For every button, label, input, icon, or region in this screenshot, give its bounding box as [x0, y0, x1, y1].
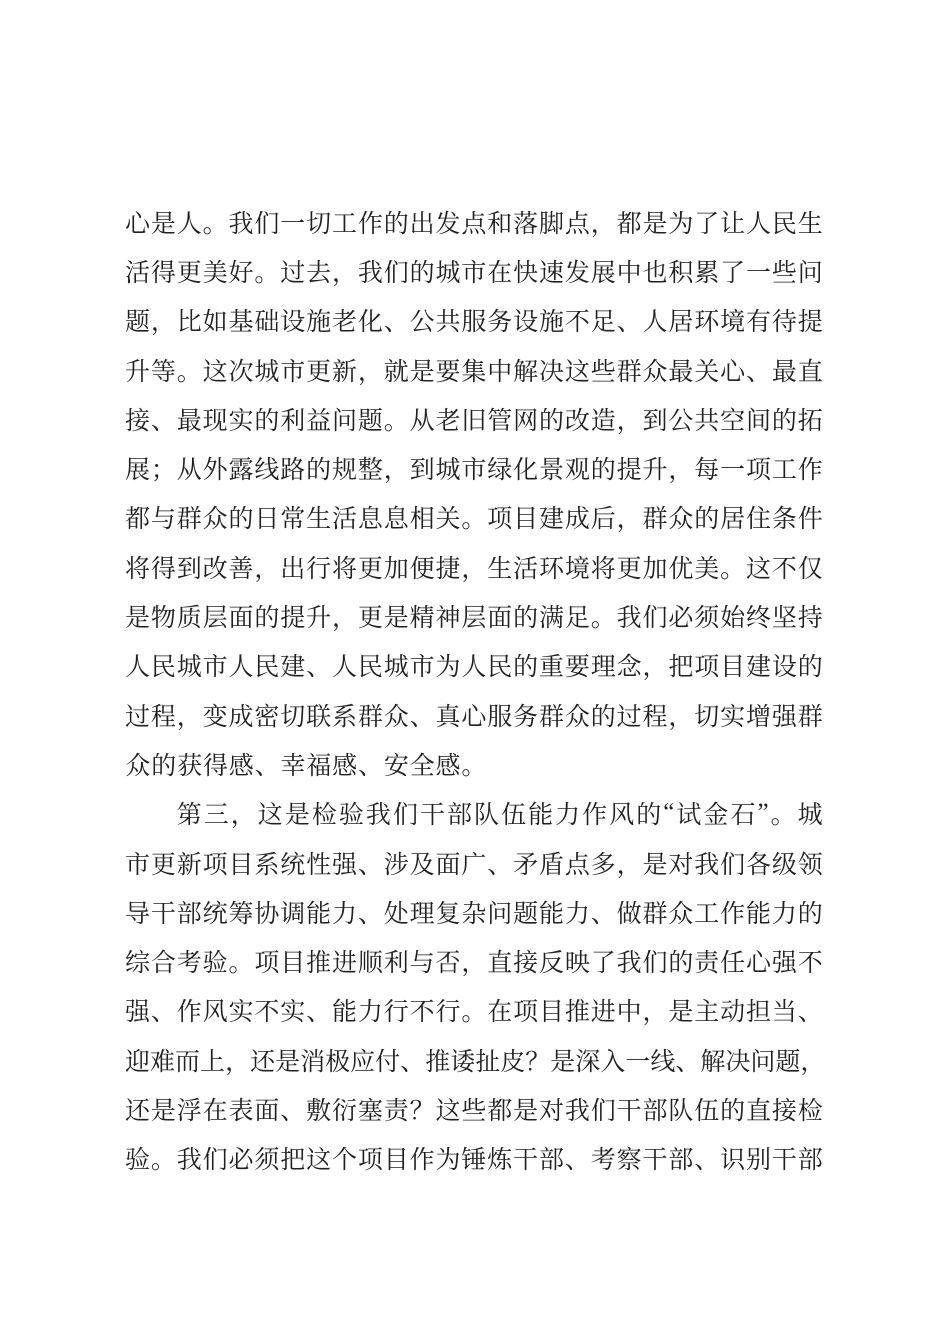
- glyph: ，: [151, 302, 176, 338]
- glyph: 更: [358, 549, 383, 585]
- glyph: 强: [772, 697, 797, 733]
- glyph: 、: [675, 1042, 700, 1078]
- glyph: 些: [772, 253, 797, 289]
- glyph: 入: [600, 1042, 625, 1078]
- glyph: 城: [798, 795, 823, 831]
- glyph: 、: [358, 845, 383, 881]
- glyph: 的: [229, 499, 254, 535]
- glyph: 是: [550, 1042, 575, 1078]
- glyph: 息: [384, 499, 409, 535]
- glyph: 作: [582, 795, 607, 831]
- glyph: 人: [177, 204, 202, 240]
- glyph: 难: [150, 1042, 175, 1078]
- text-line: 验。我们必须把这个项目作为锤炼干部、考察干部、识别干部: [125, 1134, 823, 1183]
- glyph: 统: [203, 894, 228, 930]
- glyph: 金: [703, 795, 728, 831]
- glyph: ，: [800, 1042, 825, 1078]
- glyph: 好: [229, 253, 254, 289]
- glyph: 、: [400, 1042, 425, 1078]
- text-line: 综合考验。项目推进顺利与否，直接反映了我们的责任心强不: [125, 936, 823, 985]
- glyph: 。: [720, 549, 745, 585]
- glyph: 责: [694, 943, 719, 979]
- glyph: 能: [528, 795, 553, 831]
- glyph: 中: [617, 253, 642, 289]
- glyph: 扯: [475, 1042, 500, 1078]
- glyph: 否: [436, 943, 461, 979]
- glyph: 做: [617, 894, 642, 930]
- glyph: 线: [254, 450, 279, 486]
- glyph: 的: [539, 401, 564, 437]
- glyph: 是: [151, 1091, 176, 1127]
- glyph: 系: [332, 697, 357, 733]
- glyph: 造: [591, 401, 616, 437]
- glyph: 发: [436, 204, 461, 240]
- glyph: 新: [177, 845, 202, 881]
- document-page: 心是人。我们一切工作的出发点和落脚点，都是为了让人民生活得更美好。过去，我们的城…: [0, 0, 950, 1344]
- document-body-text: 心是人。我们一切工作的出发点和落脚点，都是为了让人民生活得更美好。过去，我们的城…: [125, 197, 823, 1183]
- glyph: 不: [772, 549, 797, 585]
- glyph: 这: [565, 352, 590, 388]
- glyph: 优: [668, 549, 693, 585]
- text-line: 活得更美好。过去，我们的城市在快速发展中也积累了一些问: [125, 246, 823, 295]
- glyph: 展: [125, 450, 150, 486]
- glyph: 从: [410, 401, 435, 437]
- glyph: 题: [513, 894, 538, 930]
- glyph: 行: [436, 992, 461, 1028]
- glyph: 网: [513, 401, 538, 437]
- glyph: ，: [617, 845, 642, 881]
- glyph: 目: [229, 845, 254, 881]
- glyph: 而: [175, 1042, 200, 1078]
- glyph: 相: [410, 499, 435, 535]
- glyph: 关: [436, 499, 461, 535]
- glyph: 有: [746, 302, 771, 338]
- glyph: 建: [746, 647, 771, 683]
- glyph: 还: [250, 1042, 275, 1078]
- glyph: 应: [350, 1042, 375, 1078]
- glyph: 须: [694, 598, 719, 634]
- glyph: 生: [798, 204, 823, 240]
- glyph: 更: [151, 845, 176, 881]
- glyph: 干: [151, 894, 176, 930]
- glyph: 、: [306, 992, 331, 1028]
- glyph: 众: [384, 697, 409, 733]
- glyph: 联: [306, 697, 331, 733]
- glyph: 这: [436, 1091, 461, 1127]
- glyph: 的: [668, 943, 693, 979]
- glyph: 干: [513, 1140, 538, 1176]
- glyph: 升: [125, 352, 150, 388]
- glyph: 我: [229, 204, 254, 240]
- glyph: 。: [591, 598, 616, 634]
- glyph: 群: [358, 697, 383, 733]
- glyph: 众: [125, 746, 151, 782]
- glyph: 现: [203, 401, 228, 437]
- glyph: 持: [798, 598, 823, 634]
- glyph: 变: [203, 697, 228, 733]
- glyph: 第: [177, 795, 202, 831]
- glyph: 点: [461, 204, 486, 240]
- glyph: 次: [229, 352, 254, 388]
- glyph: 感: [332, 746, 358, 782]
- glyph: 、: [254, 746, 280, 782]
- glyph: 决: [539, 352, 564, 388]
- glyph: 改: [203, 549, 228, 585]
- glyph: 这: [306, 1140, 331, 1176]
- glyph: 复: [436, 894, 461, 930]
- glyph: 衍: [332, 1091, 357, 1127]
- glyph: 是: [668, 992, 693, 1028]
- glyph: 共: [694, 401, 719, 437]
- glyph: 验: [125, 1140, 150, 1176]
- glyph: 中: [617, 992, 642, 1028]
- glyph: 统: [280, 845, 305, 881]
- glyph: 将: [332, 549, 357, 585]
- glyph: ，: [643, 647, 668, 683]
- glyph: 民: [772, 204, 797, 240]
- glyph: 增: [746, 697, 771, 733]
- glyph: 线: [650, 1042, 675, 1078]
- glyph: 安: [383, 746, 409, 782]
- glyph: 能: [332, 992, 357, 1028]
- glyph: 人: [332, 647, 357, 683]
- glyph: 群: [177, 499, 202, 535]
- glyph: 每: [694, 450, 719, 486]
- glyph: 、: [410, 697, 435, 733]
- glyph: ，: [332, 598, 357, 634]
- glyph: 极: [325, 1042, 350, 1078]
- glyph: 城: [436, 253, 461, 289]
- glyph: 展: [591, 253, 616, 289]
- glyph: 常: [280, 499, 305, 535]
- glyph: 力: [565, 894, 590, 930]
- glyph: 推: [306, 943, 331, 979]
- glyph: 推: [425, 1042, 450, 1078]
- glyph: 群: [617, 352, 642, 388]
- glyph: 理: [591, 647, 616, 683]
- glyph: 民: [151, 647, 176, 683]
- glyph: 反: [539, 943, 564, 979]
- glyph: 些: [591, 352, 616, 388]
- glyph: ，: [668, 697, 693, 733]
- glyph: 的: [591, 697, 616, 733]
- glyph: 实: [229, 401, 254, 437]
- glyph: 中: [487, 352, 512, 388]
- glyph: 干: [772, 1140, 797, 1176]
- glyph: 问: [332, 401, 357, 437]
- glyph: 足: [591, 302, 616, 338]
- glyph: 在: [487, 253, 512, 289]
- glyph: ，: [461, 943, 486, 979]
- glyph: 题: [358, 401, 383, 437]
- glyph: 等: [151, 352, 176, 388]
- glyph: 性: [306, 845, 331, 881]
- glyph: 建: [280, 647, 305, 683]
- glyph: 涉: [384, 845, 409, 881]
- glyph: 盾: [539, 845, 564, 881]
- glyph: 、: [617, 302, 642, 338]
- glyph: 的: [636, 795, 661, 831]
- glyph: 最: [177, 401, 202, 437]
- glyph: 不: [254, 992, 279, 1028]
- glyph: 整: [358, 450, 383, 486]
- glyph: 的: [410, 253, 435, 289]
- text-line: 接、最现实的利益问题。从老旧管网的改造，到公共空间的拓: [125, 394, 823, 443]
- glyph: 锤: [461, 1140, 486, 1176]
- glyph: 消: [300, 1042, 325, 1078]
- glyph: 还: [125, 1091, 150, 1127]
- glyph: 提: [798, 302, 823, 338]
- glyph: 迎: [125, 1042, 150, 1078]
- glyph: “: [663, 799, 674, 827]
- glyph: 力: [332, 894, 357, 930]
- glyph: 得: [203, 746, 229, 782]
- glyph: 力: [772, 894, 797, 930]
- glyph: 塞: [358, 1091, 383, 1127]
- glyph: 、: [694, 1140, 719, 1176]
- glyph: 是: [285, 795, 310, 831]
- glyph: 城: [254, 352, 279, 388]
- glyph: 化: [358, 302, 383, 338]
- glyph: 。: [384, 401, 409, 437]
- glyph: 是: [151, 204, 176, 240]
- text-line: 还是浮在表面、敷衍塞责？这些都是对我们干部队伍的直接检: [125, 1084, 823, 1133]
- glyph: 把: [280, 1140, 305, 1176]
- glyph: 众: [565, 697, 590, 733]
- glyph: 映: [565, 943, 590, 979]
- glyph: 到: [177, 549, 202, 585]
- glyph: 切: [280, 697, 305, 733]
- glyph: 为: [436, 1140, 461, 1176]
- glyph: 切: [694, 697, 719, 733]
- glyph: 调: [280, 894, 305, 930]
- glyph: 我: [177, 1140, 202, 1176]
- glyph: 出: [410, 204, 435, 240]
- glyph: 居: [720, 499, 745, 535]
- glyph: 景: [539, 450, 564, 486]
- glyph: 生: [487, 549, 512, 585]
- glyph: 幸: [280, 746, 306, 782]
- text-line: 题，比如基础设施老化、公共服务设施不足、人居环境有待提: [125, 296, 823, 345]
- glyph: 得: [151, 549, 176, 585]
- glyph: 推: [565, 992, 590, 1028]
- glyph: 能: [306, 894, 331, 930]
- glyph: 考: [591, 1140, 616, 1176]
- glyph: 善: [229, 549, 254, 585]
- glyph: 在: [203, 1091, 228, 1127]
- glyph: 项: [694, 647, 719, 683]
- glyph: 项: [203, 845, 228, 881]
- text-line: 都与群众的日常生活息息相关。项目建成后，群众的居住条件: [125, 493, 823, 542]
- glyph: 脚: [539, 204, 564, 240]
- glyph: 群: [798, 697, 823, 733]
- glyph: 这: [203, 352, 228, 388]
- glyph: 解: [513, 352, 538, 388]
- glyph: 诿: [450, 1042, 475, 1078]
- glyph: 老: [332, 302, 357, 338]
- glyph: 、: [151, 401, 176, 437]
- glyph: 与: [410, 943, 435, 979]
- glyph: 更: [358, 598, 383, 634]
- glyph: ，: [332, 253, 357, 289]
- glyph: 提: [280, 598, 305, 634]
- glyph: 程: [643, 697, 668, 733]
- glyph: 、: [151, 992, 176, 1028]
- glyph: 接: [772, 1091, 797, 1127]
- glyph: 们: [643, 943, 668, 979]
- glyph: 观: [565, 450, 590, 486]
- glyph: 强: [772, 943, 797, 979]
- glyph: 面: [229, 598, 254, 634]
- glyph: 众: [668, 894, 693, 930]
- glyph: 个: [332, 1140, 357, 1176]
- glyph: 接: [513, 943, 538, 979]
- glyph: 三: [204, 795, 229, 831]
- glyph: 工: [694, 894, 719, 930]
- glyph: 工: [332, 204, 357, 240]
- glyph: 切: [306, 204, 331, 240]
- glyph: 、: [280, 1091, 305, 1127]
- glyph: 美: [694, 549, 719, 585]
- glyph: 表: [229, 1091, 254, 1127]
- glyph: 民: [358, 647, 383, 683]
- glyph: 为: [436, 647, 461, 683]
- glyph: ？: [410, 1091, 435, 1127]
- glyph: 伍: [501, 795, 526, 831]
- glyph: 关: [694, 352, 719, 388]
- glyph: 题: [775, 1042, 800, 1078]
- glyph: 们: [643, 598, 668, 634]
- glyph: 将: [591, 549, 616, 585]
- glyph: 项: [254, 943, 279, 979]
- glyph: 神: [436, 598, 461, 634]
- glyph: 的: [798, 894, 823, 930]
- glyph: 的: [254, 598, 279, 634]
- glyph: 部: [447, 795, 472, 831]
- glyph: 要: [565, 647, 590, 683]
- glyph: ，: [617, 401, 642, 437]
- glyph: 考: [177, 943, 202, 979]
- glyph: 任: [720, 943, 745, 979]
- glyph: 质: [177, 598, 202, 634]
- glyph: 路: [280, 450, 305, 486]
- glyph: 市: [461, 450, 486, 486]
- glyph: 人: [461, 647, 486, 683]
- glyph: 人: [125, 647, 150, 683]
- glyph: 必: [668, 598, 693, 634]
- glyph: 题: [125, 302, 150, 338]
- glyph: 目: [539, 992, 564, 1028]
- glyph: 目: [720, 647, 745, 683]
- glyph: 管: [487, 401, 512, 437]
- glyph: 获: [177, 746, 203, 782]
- glyph: 新: [332, 352, 357, 388]
- glyph: 项: [746, 450, 771, 486]
- glyph: 程: [151, 697, 176, 733]
- glyph: 。: [229, 943, 254, 979]
- glyph: 担: [746, 992, 771, 1028]
- glyph: 市: [125, 845, 150, 881]
- glyph: 加: [384, 549, 409, 585]
- glyph: 队: [474, 795, 499, 831]
- glyph: 建: [539, 499, 564, 535]
- glyph: 的: [254, 401, 279, 437]
- glyph: 。: [461, 499, 486, 535]
- glyph: 我: [617, 598, 642, 634]
- glyph: 成: [229, 697, 254, 733]
- glyph: 成: [565, 499, 590, 535]
- glyph: ，: [231, 795, 256, 831]
- glyph: 绿: [487, 450, 512, 486]
- glyph: 们: [384, 253, 409, 289]
- glyph: 付: [375, 1042, 400, 1078]
- glyph: 市: [410, 647, 435, 683]
- glyph: 。: [203, 204, 228, 240]
- glyph: 足: [565, 598, 590, 634]
- glyph: 我: [565, 1091, 590, 1127]
- glyph: 设: [772, 647, 797, 683]
- glyph: 工: [772, 450, 797, 486]
- glyph: 识: [720, 1140, 745, 1176]
- glyph: 不: [410, 992, 435, 1028]
- glyph: 服: [487, 697, 512, 733]
- glyph: 伍: [694, 1091, 719, 1127]
- glyph: 居: [668, 302, 693, 338]
- glyph: 检: [312, 795, 337, 831]
- glyph: 干: [643, 1140, 668, 1176]
- glyph: 的: [384, 204, 409, 240]
- glyph: 件: [798, 499, 823, 535]
- glyph: 检: [798, 1091, 823, 1127]
- glyph: 点: [565, 845, 590, 881]
- glyph: 累: [694, 253, 719, 289]
- text-line: 将得到改善，出行将更加便捷，生活环境将更加优美。这不仅: [125, 542, 823, 591]
- glyph: 上: [200, 1042, 225, 1078]
- glyph: 对: [668, 845, 693, 881]
- glyph: 旧: [461, 401, 486, 437]
- glyph: 人: [643, 302, 668, 338]
- glyph: 顺: [358, 943, 383, 979]
- glyph: 是: [643, 845, 668, 881]
- glyph: ，: [177, 697, 202, 733]
- glyph: 、: [358, 894, 383, 930]
- glyph: 炼: [487, 1140, 512, 1176]
- glyph: 问: [750, 1042, 775, 1078]
- glyph: 满: [539, 598, 564, 634]
- glyph: 为: [668, 204, 693, 240]
- glyph: 活: [332, 499, 357, 535]
- glyph: 都: [487, 1091, 512, 1127]
- glyph: 作: [358, 204, 383, 240]
- glyph: 多: [591, 845, 616, 881]
- glyph: 活: [513, 549, 538, 585]
- glyph: 美: [203, 253, 228, 289]
- glyph: 进: [591, 992, 616, 1028]
- glyph: 了: [591, 943, 616, 979]
- glyph: 问: [487, 894, 512, 930]
- glyph: 集: [461, 352, 486, 388]
- glyph: 一: [625, 1042, 650, 1078]
- glyph: 密: [254, 697, 279, 733]
- glyph: 面: [436, 845, 461, 881]
- glyph: 风: [203, 992, 228, 1028]
- glyph: 城: [177, 647, 202, 683]
- glyph: 空: [720, 401, 745, 437]
- glyph: 风: [609, 795, 634, 831]
- text-line: 第三，这是检验我们干部队伍能力作风的“试金石”。城: [125, 789, 823, 838]
- glyph: 实: [229, 992, 254, 1028]
- glyph: ？: [525, 1042, 550, 1078]
